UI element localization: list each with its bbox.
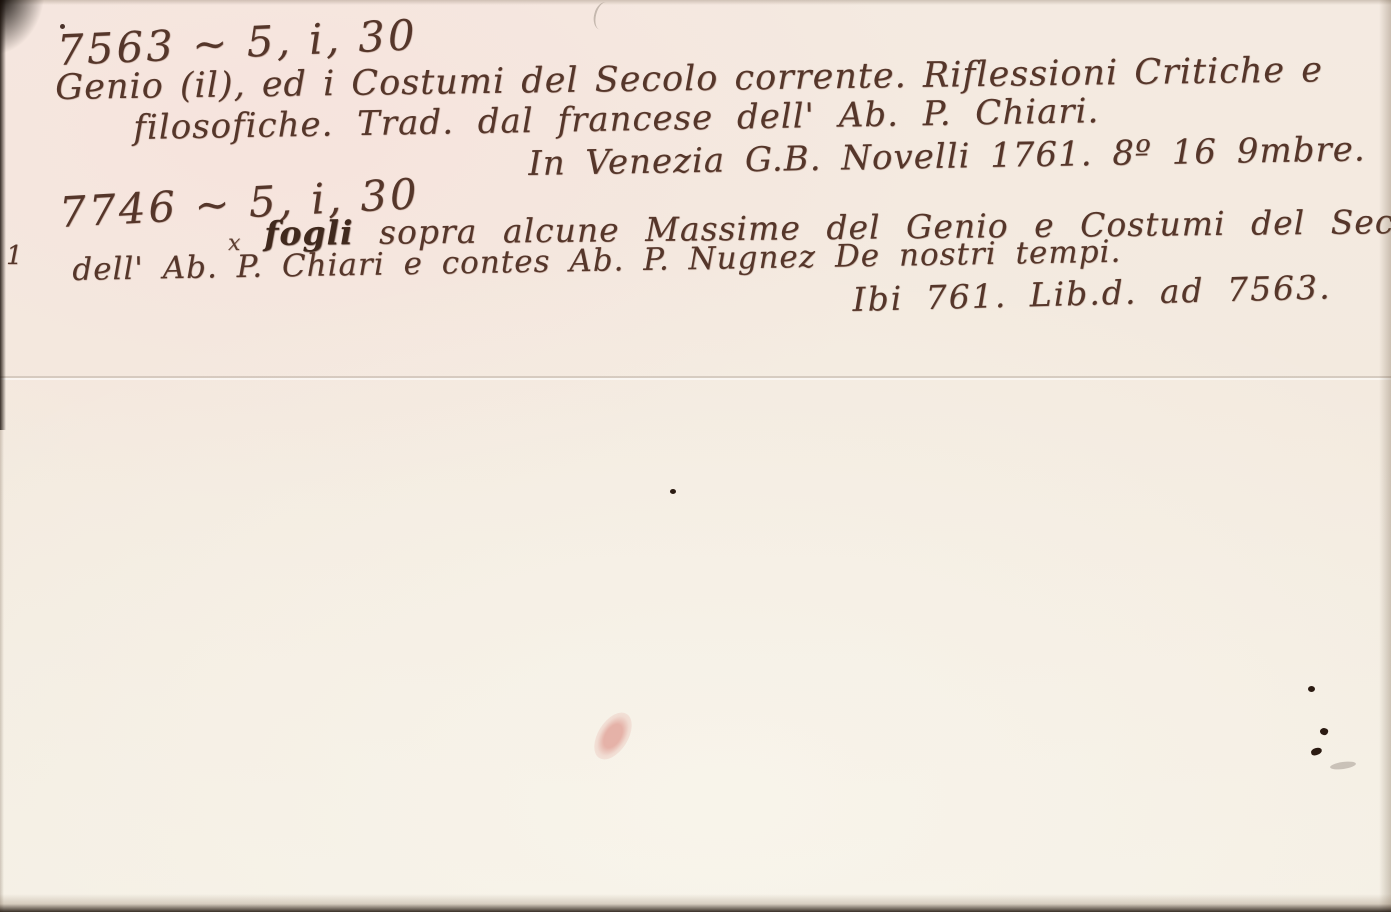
scan-edge-left-lower bbox=[0, 430, 4, 912]
scan-edge-bottom bbox=[0, 894, 1391, 912]
gray-smudge bbox=[1330, 760, 1357, 771]
red-stain bbox=[587, 706, 640, 766]
scan-edge-right bbox=[1379, 0, 1391, 912]
ink-spot bbox=[1308, 686, 1315, 692]
ink-spot bbox=[1310, 747, 1322, 757]
handwritten-line-reference-2: Ibi 761. Lib.d. ad 7563. bbox=[852, 267, 1332, 319]
scan-edge-left bbox=[0, 0, 6, 430]
scan-edge-top-left-corner bbox=[0, 0, 44, 54]
margin-mark: 1 bbox=[6, 241, 24, 271]
ink-spot bbox=[670, 489, 676, 494]
manuscript-page: 7563 ~ 5, i, 30 Genio (il), ed i Costumi… bbox=[0, 0, 1391, 912]
ink-spot bbox=[1319, 727, 1329, 736]
ink-spot bbox=[60, 24, 65, 29]
scan-edge-top bbox=[0, 0, 1391, 5]
fold-crease bbox=[0, 376, 1391, 380]
